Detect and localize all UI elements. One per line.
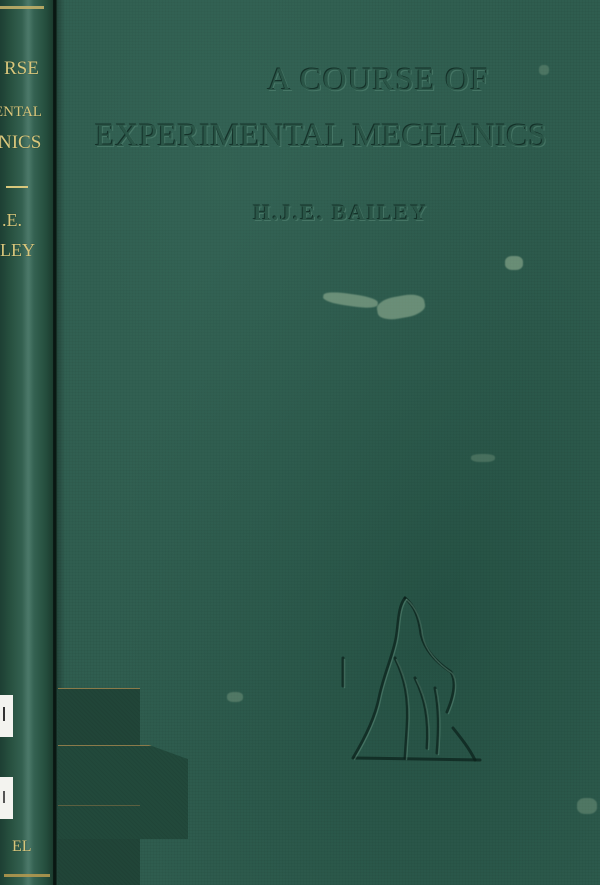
wear-mark bbox=[227, 692, 243, 702]
spine-gilt-divider bbox=[6, 186, 28, 188]
spine-gilt-rule-bottom bbox=[4, 874, 50, 877]
wear-mark bbox=[539, 65, 549, 75]
wear-mark bbox=[471, 454, 495, 462]
cover-title-line-1: A COURSE OF bbox=[57, 62, 600, 99]
spine-title-line-2: ENTAL bbox=[0, 104, 54, 121]
library-label-upper bbox=[0, 695, 13, 737]
spine-bottom-text: EL bbox=[12, 838, 56, 856]
spine-gilt-rule-top bbox=[0, 6, 44, 9]
cover-author: H.J.E. BAILEY bbox=[57, 200, 600, 226]
spine-title-line-3: NICS bbox=[0, 132, 56, 154]
cover-title-line-2: EXPERIMENTAL MECHANICS bbox=[95, 118, 600, 155]
wear-mark bbox=[505, 256, 523, 270]
spine-author-line-1: .E. bbox=[2, 210, 56, 231]
spine-title-line-1: RSE bbox=[4, 58, 56, 80]
library-label-lower bbox=[0, 777, 13, 819]
repair-patch-extension bbox=[58, 745, 188, 839]
book-spine: RSE ENTAL NICS .E. LEY EL bbox=[0, 0, 56, 885]
repair-seam bbox=[58, 805, 140, 806]
wear-mark bbox=[375, 292, 426, 322]
wear-mark bbox=[577, 798, 597, 814]
seated-figure-emblem bbox=[335, 588, 495, 768]
spine-author-line-2: LEY bbox=[0, 240, 56, 261]
book-scan: RSE ENTAL NICS .E. LEY EL A COURSE OF EX… bbox=[0, 0, 600, 885]
wear-mark bbox=[322, 290, 378, 310]
